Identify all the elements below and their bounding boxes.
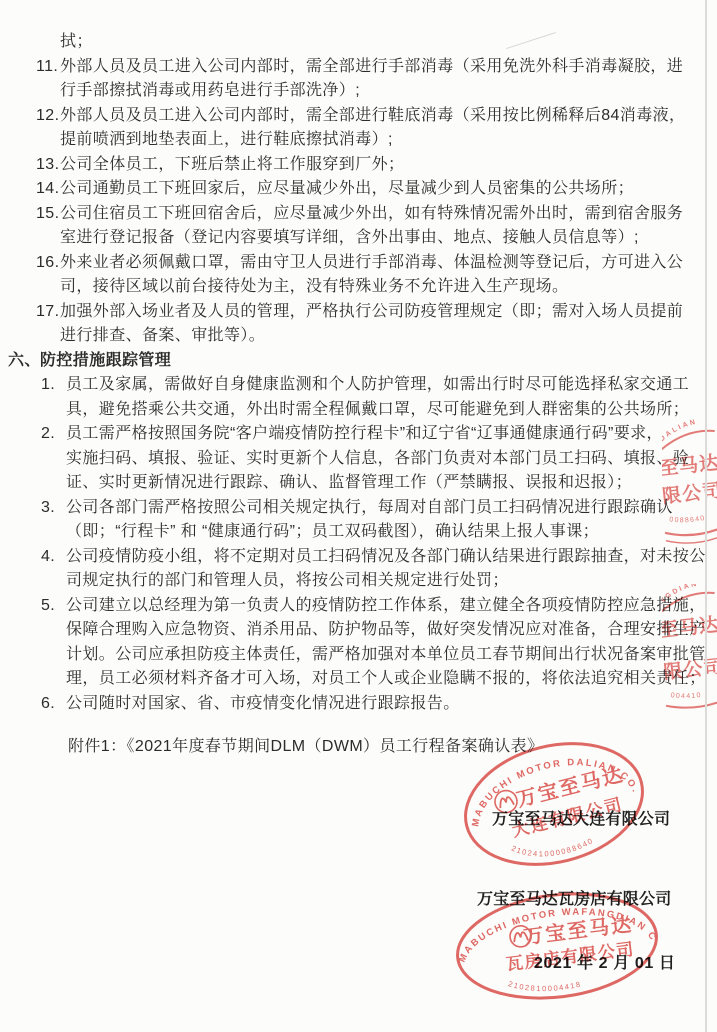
doc-line-text: 室进行登记报备（登记内容要填写详细，含外出事由、地点、接触人员信息等）; — [60, 226, 639, 251]
doc-line-text: 公司疫情防疫小组，将不定期对员工扫码情况及各部门确认结果进行跟踪抽查，对未按公 — [66, 545, 706, 570]
doc-line-text: 防控措施跟踪管理 — [40, 349, 171, 374]
svg-text:0088640: 0088640 — [668, 513, 706, 527]
doc-line: 计划。公司应承担防疫主体责任，需严格加强对本单位员工春节期间出行状况备案审批管 — [0, 643, 717, 668]
doc-line-text: 保障合理购入应急物资、消杀用品、防护物品等，做好突发情况应对准备，合理安排生产 — [66, 618, 706, 643]
doc-line: 13.公司全体员工，下班后禁止将工作服穿到厂外； — [0, 153, 717, 178]
doc-line-text: 进行排查、备案、审批等）。 — [60, 324, 265, 349]
doc-line-label: 2. — [41, 422, 66, 447]
wafangdian-seal-stamp: MABUCHI MOTOR WAFANGDIAN CO., LTD 210281… — [450, 888, 664, 1004]
doc-line-label: 六、 — [8, 349, 40, 374]
svg-text:限公司: 限公司 — [662, 480, 717, 508]
doc-line: 1.员工及家属，需做好自身健康监测和个人防护管理，如需出行时尽可能选择私家交通工 — [0, 373, 717, 398]
doc-line-text: 员工需严格按照国务院“客户端疫情防控行程卡”和辽宁省“辽事通健康通行码”要求， — [66, 422, 663, 447]
svg-text:至马达: 至马达 — [662, 613, 717, 642]
doc-line: 进行排查、备案、审批等）。 — [0, 324, 717, 349]
doc-line: 16.外来业者必须佩戴口罩，需由守卫人员进行手部消毒、体温检测等登记后，方可进入… — [0, 251, 717, 276]
doc-line-text: 提前喷洒到地垫表面上，进行鞋底擦拭消毒）; — [60, 128, 393, 153]
doc-line: 具，避免搭乘公共交通，外出时需全程佩戴口罩，尽可能避免到人群密集的公共场所； — [0, 398, 717, 423]
doc-line: 2.员工需严格按照国务院“客户端疫情防控行程卡”和辽宁省“辽事通健康通行码”要求… — [0, 422, 717, 447]
doc-line-label: 4. — [41, 545, 66, 570]
doc-line-text: 公司住宿员工下班回宿舍后，应尽量减少外出，如有特殊情况需外出时，需到宿舍服务 — [60, 202, 683, 227]
doc-line-label: 1. — [41, 373, 66, 398]
doc-line-text: 外部人员及员工进入公司内部时，需全部进行手部消毒（采用免洗外科手消毒凝胶，进 — [60, 55, 683, 80]
doc-line: 司规定执行的部门和管理人员，将按公司相关规定进行处罚； — [0, 569, 717, 594]
doc-line: 15.公司住宿员工下班回宿舍后，应尽量减少外出，如有特殊情况需外出时，需到宿舍服… — [0, 202, 717, 227]
doc-line: 六、防控措施跟踪管理 — [0, 349, 717, 374]
doc-line-label: 16. — [36, 251, 60, 276]
doc-line-text: 员工及家属，需做好自身健康监测和个人防护管理，如需出行时尽可能选择私家交通工 — [66, 373, 689, 398]
edge-seal-bottom: NGDIAN 至马达 限公司 004410 — [662, 584, 717, 714]
doc-line-label: 5. — [41, 594, 66, 619]
doc-line-text: 公司随时对国家、省、市疫情变化情况进行跟踪报告。 — [66, 692, 460, 717]
doc-line-text: 实施扫码、填报、验证、实时更新个人信息，各部门负责对本部门员工扫码、填报、验 — [66, 447, 689, 472]
doc-line-text: 理，员工必须材料齐备才可入场，对员工个人或企业隐瞒不报的，将依法追究相关责任； — [66, 667, 706, 692]
doc-line: 4.公司疫情防疫小组，将不定期对员工扫码情况及各部门确认结果进行跟踪抽查，对未按… — [0, 545, 717, 570]
doc-line: 实施扫码、填报、验证、实时更新个人信息，各部门负责对本部门员工扫码、填报、验 — [0, 447, 717, 472]
doc-line-text: 公司通勤员工下班回家后，应尽量减少外出，尽量减少到人员密集的公共场所； — [60, 177, 634, 202]
doc-line-label: 14. — [36, 177, 60, 202]
doc-line: 保障合理购入应急物资、消杀用品、防护物品等，做好突发情况应对准备，合理安排生产 — [0, 618, 717, 643]
page-edge-shadow — [705, 0, 707, 1032]
doc-line-text: 公司全体员工，下班后禁止将工作服穿到厂外； — [60, 153, 404, 178]
doc-line: 行手部擦拭消毒或用药皂进行手部洗净）; — [0, 79, 717, 104]
doc-line-text: 计划。公司应承担防疫主体责任，需严格加强对本单位员工春节期间出行状况备案审批管 — [66, 643, 706, 668]
doc-line-label: 6. — [41, 692, 66, 717]
body-text: 拭；11.外部人员及员工进入公司内部时，需全部进行手部消毒（采用免洗外科手消毒凝… — [0, 30, 717, 716]
doc-line-text: 外部人员及员工进入公司内部时，需全部进行鞋底消毒（采用按比例稀释后84消毒液， — [60, 104, 685, 129]
doc-line-text: 行手部擦拭消毒或用药皂进行手部洗净）; — [60, 79, 360, 104]
doc-line-label: 15. — [36, 202, 60, 227]
doc-line: 17.加强外部入场业者及人员的管理，严格执行公司防疫管理规定（即；需对入场人员提… — [0, 300, 717, 325]
doc-line: 证、实时更新情况进行跟踪、确认、监督管理工作（严禁瞒报、误报和迟报）； — [0, 471, 717, 496]
doc-line: 3.公司各部门需严格按照公司相关规定执行，每周对自部门员工扫码情况进行跟踪确认 — [0, 496, 717, 521]
svg-text:限公司: 限公司 — [663, 656, 717, 684]
edge-seal-top: DALIAN 至马达 限公司 0088640 — [662, 418, 717, 554]
doc-line-text: （即；“行程卡” 和 “健康通行码”；员工双码截图），确认结果上报人事课； — [66, 520, 599, 545]
doc-line-text: 加强外部入场业者及人员的管理，严格执行公司防疫管理规定（即；需对入场人员提前 — [60, 300, 683, 325]
doc-line: 11.外部人员及员工进入公司内部时，需全部进行手部消毒（采用免洗外科手消毒凝胶，… — [0, 55, 717, 80]
svg-text:至马达: 至马达 — [662, 451, 717, 480]
doc-line-label: 17. — [36, 300, 60, 325]
doc-line: 6.公司随时对国家、省、市疫情变化情况进行跟踪报告。 — [0, 692, 717, 717]
doc-line-text: 司规定执行的部门和管理人员，将按公司相关规定进行处罚； — [66, 569, 509, 594]
svg-text:004410: 004410 — [670, 689, 703, 702]
doc-line: 室进行登记报备（登记内容要填写详细，含外出事由、地点、接触人员信息等）; — [0, 226, 717, 251]
doc-line-label: 13. — [36, 153, 60, 178]
doc-line: 12.外部人员及员工进入公司内部时，需全部进行鞋底消毒（采用按比例稀释后84消毒… — [0, 104, 717, 129]
doc-line-text: 司，接待区域以前台接待处为主，没有特殊业务不允许进入生产现场。 — [60, 275, 568, 300]
doc-line-text: 公司建立以总经理为第一负责人的疫情防控工作体系，建立健全各项疫情防控应急措施， — [66, 594, 706, 619]
doc-line-text: 外来业者必须佩戴口罩，需由守卫人员进行手部消毒、体温检测等登记后，方可进入公 — [60, 251, 683, 276]
doc-line-label: 11. — [36, 55, 60, 80]
doc-line: 14.公司通勤员工下班回家后，应尽量减少外出，尽量减少到人员密集的公共场所； — [0, 177, 717, 202]
doc-line-text: 公司各部门需严格按照公司相关规定执行，每周对自部门员工扫码情况进行跟踪确认 — [66, 496, 673, 521]
doc-line: 提前喷洒到地垫表面上，进行鞋底擦拭消毒）; — [0, 128, 717, 153]
doc-line: 司，接待区域以前台接待处为主，没有特殊业务不允许进入生产现场。 — [0, 275, 717, 300]
doc-line: （即；“行程卡” 和 “健康通行码”；员工双码截图），确认结果上报人事课； — [0, 520, 717, 545]
document-page: 拭；11.外部人员及员工进入公司内部时，需全部进行手部消毒（采用免洗外科手消毒凝… — [0, 0, 717, 1032]
doc-line: 5.公司建立以总经理为第一负责人的疫情防控工作体系，建立健全各项疫情防控应急措施… — [0, 594, 717, 619]
doc-line-text: 具，避免搭乘公共交通，外出时需全程佩戴口罩，尽可能避免到人群密集的公共场所； — [66, 398, 689, 423]
doc-line-label: 3. — [41, 496, 66, 521]
dalian-seal-stamp: MABUCHI MOTOR DALIAN CO.,LTD 21024100008… — [456, 738, 652, 870]
doc-line: 理，员工必须材料齐备才可入场，对员工个人或企业隐瞒不报的，将依法追究相关责任； — [0, 667, 717, 692]
doc-line: 拭； — [0, 30, 717, 55]
doc-line-label: 12. — [36, 104, 60, 129]
doc-line-text: 拭； — [60, 30, 93, 55]
doc-line-text: 证、实时更新情况进行跟踪、确认、监督管理工作（严禁瞒报、误报和迟报）； — [66, 471, 632, 496]
svg-text:DALIAN: DALIAN — [662, 419, 700, 444]
